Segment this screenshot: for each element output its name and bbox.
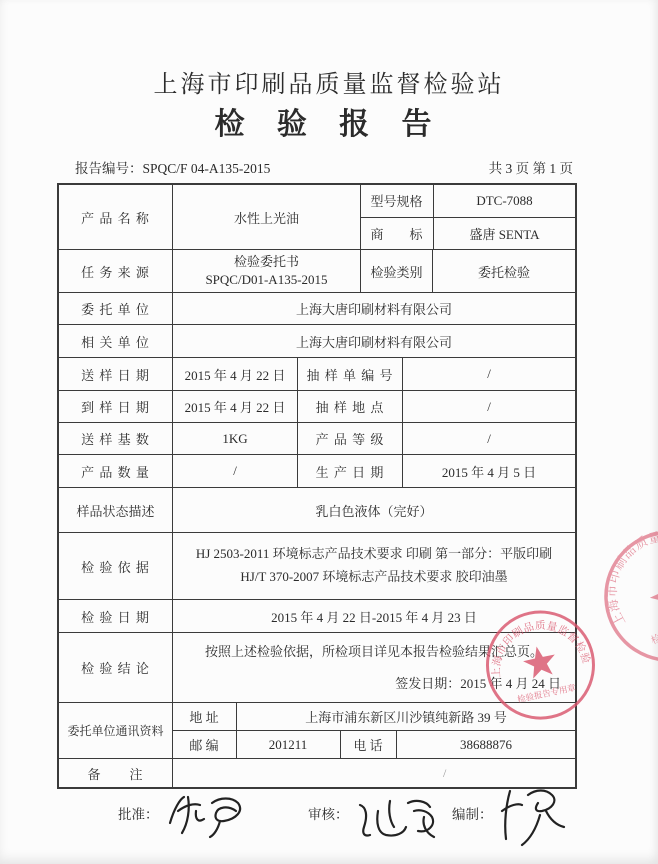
sample-sent-date-label: 送 样 日 期: [59, 358, 172, 390]
row-sample-state: 样品状态描述 乳白色液体（完好）: [59, 487, 575, 532]
seal-star: [521, 643, 559, 680]
address-label: 地 址: [173, 703, 236, 730]
product-name-value: 水性上光油: [172, 185, 360, 249]
task-source-line1: 检验委托书: [175, 253, 358, 271]
client-unit-label: 委 托 单 位: [59, 293, 172, 324]
product-grade-label: 产 品 等 级: [297, 423, 402, 454]
contact-label: 委托单位通讯资料: [59, 703, 172, 758]
row-task-source: 任 务 来 源 检验委托书 SPQC/D01-A135-2015 检验类别 委托…: [59, 249, 575, 292]
task-source-label: 任 务 来 源: [59, 250, 172, 292]
report-meta-line: 报告编号：SPQC/F 04-A135-2015 共 3 页 第 1 页: [75, 157, 573, 177]
sample-arrival-date-label: 到 样 日 期: [59, 391, 172, 422]
sample-arrival-date-value: 2015 年 4 月 22 日: [172, 391, 297, 422]
remark-value: /: [172, 759, 575, 787]
report-number: 报告编号：SPQC/F 04-A135-2015: [75, 157, 270, 177]
product-quantity-value: /: [172, 455, 297, 487]
sample-base-label: 送 样 基 数: [59, 423, 172, 454]
sample-state-value: 乳白色液体（完好）: [172, 488, 575, 532]
product-grade-value: /: [402, 423, 575, 454]
svg-text:上海市印刷品质量监督检验站: 上海市印刷品质量监督检验站: [583, 507, 658, 628]
sampling-place-label: 抽 样 地 点: [297, 391, 402, 422]
inspection-basis-label: 检 验 依 据: [59, 533, 172, 599]
inspection-report-page: 上海市印刷品质量监督检验站 检 验 报 告 报告编号：SPQC/F 04-A13…: [0, 0, 658, 864]
product-quantity-label: 产 品 数 量: [59, 455, 172, 487]
row-sample-sent-date: 送 样 日 期 2015 年 4 月 22 日 抽 样 单 编 号 /: [59, 357, 575, 390]
row-sample-base: 送 样 基 数 1KG 产 品 等 级 /: [59, 422, 575, 454]
phone-value: 38688876: [396, 731, 576, 758]
sample-state-label: 样品状态描述: [59, 488, 172, 532]
signature-row: 批准： 审核： 编制：: [0, 797, 658, 857]
zip-label: 邮 编: [173, 731, 236, 758]
zip-value: 201211: [236, 731, 340, 758]
sampling-place-value: /: [402, 391, 575, 422]
row-client-unit: 委 托 单 位 上海大唐印刷材料有限公司: [59, 292, 575, 324]
row-inspection-basis: 检 验 依 据 HJ 2503-2011 环境标志产品技术要求 印刷 第一部分：…: [59, 532, 575, 599]
client-unit-value: 上海大唐印刷材料有限公司: [172, 293, 575, 324]
row-product-quantity: 产 品 数 量 / 生 产 日 期 2015 年 4 月 5 日: [59, 454, 575, 487]
model-subrow: 型号规格 DTC-7088: [361, 185, 576, 217]
sampling-sheet-no-value: /: [402, 358, 575, 390]
row-remark: 备 注 /: [59, 758, 575, 787]
phone-label: 电 话: [340, 731, 396, 758]
organization-title: 上海市印刷品质量监督检验站: [0, 64, 658, 99]
model-value: DTC-7088: [433, 185, 576, 217]
conclusion-label: 检 验 结 论: [59, 633, 172, 702]
review-label: 审核：: [308, 803, 349, 823]
page-count: 共 3 页 第 1 页: [489, 157, 573, 177]
compile-label: 编制：: [452, 803, 493, 823]
edge-seal-arc-text: 上海市印刷品质量监督检验站: [583, 507, 658, 628]
row-sample-arrival-date: 到 样 日 期 2015 年 4 月 22 日 抽 样 地 点 /: [59, 390, 575, 422]
task-source-value: 检验委托书 SPQC/D01-A135-2015: [172, 250, 360, 292]
edge-seal-star: [644, 570, 658, 618]
remark-slash: /: [443, 766, 446, 781]
inspection-basis-value: HJ 2503-2011 环境标志产品技术要求 印刷 第一部分：平版印刷 HJ/…: [172, 533, 575, 599]
official-seal: 上海市印刷品质量监督检验站 检验报告专用章: [469, 594, 612, 741]
task-source-line2: SPQC/D01-A135-2015: [175, 271, 358, 289]
inspection-type-value: 委托检验: [432, 250, 575, 292]
model-brand-stack: 型号规格 DTC-7088 商 标 盛唐 SENTA: [360, 185, 575, 249]
remark-label: 备 注: [59, 759, 172, 787]
edge-seal-bottom-text: 检验报告专用章: [649, 607, 658, 647]
row-product-name: 产 品 名 称 水性上光油 型号规格 DTC-7088 商 标 盛唐 SENTA: [59, 185, 575, 249]
row-related-unit: 相 关 单 位 上海大唐印刷材料有限公司: [59, 324, 575, 357]
brand-subrow: 商 标 盛唐 SENTA: [361, 217, 576, 250]
product-name-label: 产 品 名 称: [59, 185, 172, 249]
sample-sent-date-value: 2015 年 4 月 22 日: [172, 358, 297, 390]
sampling-sheet-no-label: 抽 样 单 编 号: [297, 358, 402, 390]
review-signature: [352, 793, 452, 853]
approve-label: 批准：: [118, 803, 159, 823]
brand-value: 盛唐 SENTA: [433, 218, 576, 250]
report-title: 检 验 报 告: [0, 99, 658, 143]
sample-base-value: 1KG: [172, 423, 297, 454]
production-date-label: 生 产 日 期: [297, 455, 402, 487]
related-unit-value: 上海大唐印刷材料有限公司: [172, 325, 575, 357]
brand-label: 商 标: [361, 218, 433, 250]
compile-signature: [494, 785, 584, 853]
related-unit-label: 相 关 单 位: [59, 325, 172, 357]
inspection-type-label: 检验类别: [360, 250, 432, 292]
inspection-basis-line1: HJ 2503-2011 环境标志产品技术要求 印刷 第一部分：平版印刷: [175, 543, 573, 566]
inspection-date-label: 检 验 日 期: [59, 600, 172, 632]
production-date-value: 2015 年 4 月 5 日: [402, 455, 575, 487]
seal-bottom-text: 检验报告专用章: [516, 682, 577, 704]
inspection-basis-line2: HJ/T 370-2007 环境标志产品技术要求 胶印油墨: [175, 566, 573, 589]
approve-signature: [160, 789, 260, 849]
model-label: 型号规格: [361, 185, 433, 217]
